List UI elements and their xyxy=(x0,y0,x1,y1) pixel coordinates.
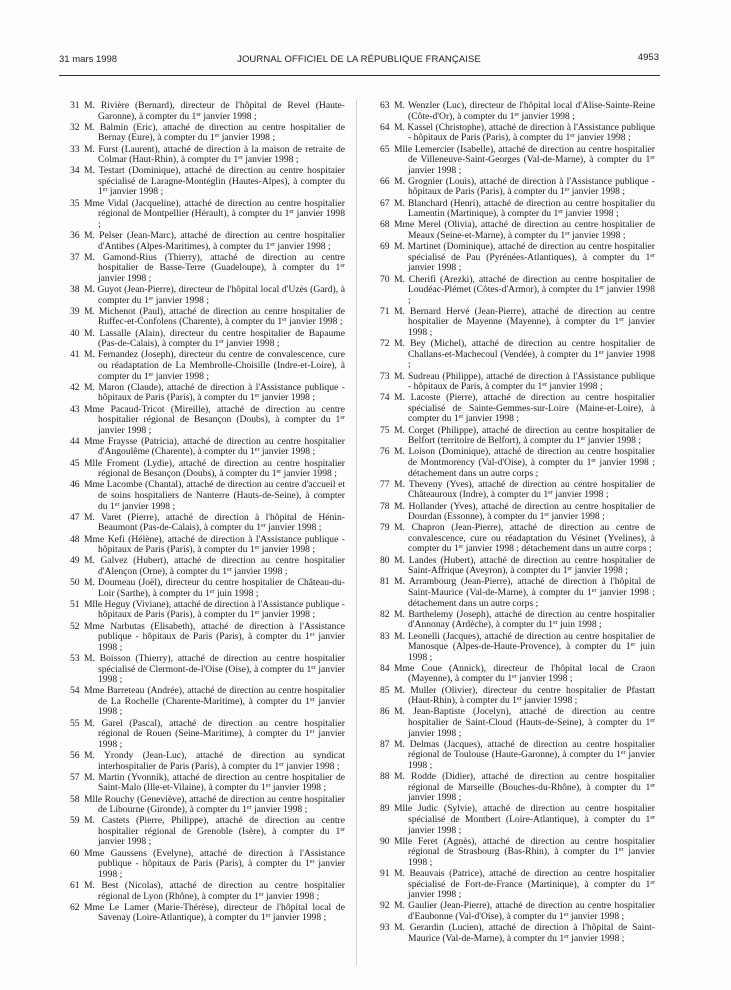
entry-number: 89 xyxy=(380,804,394,815)
entry-text: M. Landes (Hubert), attaché de direction… xyxy=(394,555,655,577)
appointment-entry: 36M. Pelser (Jean-Marc), attaché de dire… xyxy=(62,231,345,252)
appointment-entry: 90Mlle Feret (Agnès), attaché de directi… xyxy=(372,837,655,869)
entry-text: M. Lacoste (Pierre), attaché de directio… xyxy=(394,392,655,424)
entry-text: Mlle Heguy (Viviane), attaché de directi… xyxy=(84,599,345,621)
appointment-entry: 88M. Rodde (Didier), attaché de directio… xyxy=(372,772,655,804)
entry-text: M. Chapron (Jean-Pierre), attaché de dir… xyxy=(394,522,655,554)
entry-text: M. Bey (Michel), attaché de direction au… xyxy=(394,338,655,370)
entry-text: Mme Gaussens (Evelyne), attaché de direc… xyxy=(84,848,345,880)
entry-number: 62 xyxy=(70,903,84,914)
entry-number: 76 xyxy=(380,447,394,458)
appointment-entry: 85M. Muller (Olivier), directeur du cent… xyxy=(372,686,655,707)
entry-number: 37 xyxy=(70,253,84,264)
entry-text: Mme Coue (Annick), directeur de l'hôpita… xyxy=(394,663,655,685)
entry-text: M. Boisson (Thierry), attaché de directi… xyxy=(84,653,345,685)
appointment-entry: 68Mme Merel (Olivia), attaché de directi… xyxy=(372,220,655,241)
entry-number: 51 xyxy=(70,600,84,611)
appointment-entry: 91M. Beauvais (Patrice), attaché de dire… xyxy=(372,869,655,901)
entry-number: 48 xyxy=(70,535,84,546)
appointment-entry: 80M. Landes (Hubert), attaché de directi… xyxy=(372,556,655,577)
appointment-entry: 74M. Lacoste (Pierre), attaché de direct… xyxy=(372,393,655,425)
appointment-entry: 78M. Hollander (Yves), attaché de direct… xyxy=(372,502,655,523)
entry-number: 59 xyxy=(70,816,84,827)
appointment-entry: 52Mme Narbutas (Elisabeth), attaché de d… xyxy=(62,622,345,654)
entry-text: Mme Kefi (Hélène), attaché de direction … xyxy=(84,534,345,556)
appointment-entry: 89Mlle Judic (Sylvie), attaché de direct… xyxy=(372,804,655,836)
appointment-entry: 51Mlle Heguy (Viviane), attaché de direc… xyxy=(62,600,345,621)
appointment-entry: 48Mme Kefi (Hélène), attaché de directio… xyxy=(62,535,345,556)
entry-number: 70 xyxy=(380,275,394,286)
appointment-entry: 66M. Grognier (Louis), attaché de direct… xyxy=(372,177,655,198)
entry-text: M. Lassalle (Alain), directeur du centre… xyxy=(84,328,345,350)
entry-number: 41 xyxy=(70,350,84,361)
entry-number: 74 xyxy=(380,393,394,404)
entry-number: 33 xyxy=(70,145,84,156)
entry-number: 87 xyxy=(380,740,394,751)
appointment-entry: 49M. Galvez (Hubert), attaché de directi… xyxy=(62,556,345,577)
entry-number: 71 xyxy=(380,307,394,318)
appointment-entry: 40M. Lassalle (Alain), directeur du cent… xyxy=(62,329,345,350)
entry-number: 80 xyxy=(380,556,394,567)
entry-text: M. Barthelemy (Joseph), attaché de direc… xyxy=(394,609,655,631)
entry-number: 84 xyxy=(380,664,394,675)
entry-text: M. Guyot (Jean-Pierre), directeur de l'h… xyxy=(84,284,345,306)
appointment-entry: 79M. Chapron (Jean-Pierre), attaché de d… xyxy=(372,523,655,555)
appointment-entry: 84Mme Coue (Annick), directeur de l'hôpi… xyxy=(372,664,655,685)
entry-number: 40 xyxy=(70,329,84,340)
appointment-entry: 87M. Delmas (Jacques), attaché de direct… xyxy=(372,740,655,772)
entry-number: 75 xyxy=(380,426,394,437)
entry-text: Mlle Feret (Agnès), attaché de direction… xyxy=(394,836,655,868)
appointment-entry: 41M. Fernandez (Joseph), directeur du ce… xyxy=(62,350,345,382)
entry-number: 68 xyxy=(380,220,394,231)
appointment-entry: 34M. Testart (Dominique), attaché de dir… xyxy=(62,166,345,198)
entry-text: Mme Fraysse (Patricia), attaché de direc… xyxy=(84,436,345,458)
entry-text: Mme Pacaud-Tricot (Mireille), attaché de… xyxy=(84,404,345,436)
entry-number: 93 xyxy=(380,923,394,934)
entry-text: M. Kassel (Christophe), attaché de direc… xyxy=(394,122,655,144)
entry-text: M. Blanchard (Henri), attaché de directi… xyxy=(394,198,655,220)
entry-text: M. Muller (Olivier), directeur du centre… xyxy=(394,685,655,707)
appointment-entry: 58Mlle Rouchy (Geneviève), attaché de di… xyxy=(62,795,345,816)
appointment-entry: 73M. Sudreau (Philippe), attaché de dire… xyxy=(372,372,655,393)
entry-number: 64 xyxy=(380,123,394,134)
entry-text: M. Wenzler (Luc), directeur de l'hôpital… xyxy=(394,100,655,122)
entry-text: M. Leonelli (Jacques), attaché de direct… xyxy=(394,631,655,663)
entry-number: 61 xyxy=(70,881,84,892)
appointment-entry: 93M. Gerardin (Lucien), attaché de direc… xyxy=(372,923,655,944)
entry-text: M. Balmin (Eric), attaché de direction a… xyxy=(84,122,345,144)
entry-text: M. Best (Nicolas), attaché de direction … xyxy=(84,880,345,902)
entry-number: 38 xyxy=(70,285,84,296)
appointment-entry: 92M. Gaulier (Jean-Pierre), attaché de d… xyxy=(372,901,655,922)
entry-text: Mlle Lemercier (Isabelle), attaché de di… xyxy=(394,144,655,176)
right-column: 63M. Wenzler (Luc), directeur de l'hôpit… xyxy=(372,101,655,945)
appointment-entry: 55M. Garel (Pascal), attaché de directio… xyxy=(62,719,345,751)
page-number: 4953 xyxy=(638,52,659,63)
entry-number: 47 xyxy=(70,513,84,524)
entry-number: 72 xyxy=(380,339,394,350)
entry-number: 53 xyxy=(70,654,84,665)
appointment-entry: 33M. Furst (Laurent), attaché de directi… xyxy=(62,145,345,166)
appointment-entry: 77M. Theveny (Yves), attaché de directio… xyxy=(372,480,655,501)
appointment-entry: 75M. Corget (Philippe), attaché de direc… xyxy=(372,426,655,447)
entry-text: Mlle Froment (Lydie), attaché de directi… xyxy=(84,458,345,480)
entry-text: Mme Narbutas (Elisabeth), attaché de dir… xyxy=(84,621,345,653)
entry-number: 78 xyxy=(380,502,394,513)
entry-number: 42 xyxy=(70,383,84,394)
appointment-entry: 47M. Varet (Pierre), attaché de directio… xyxy=(62,513,345,534)
entry-number: 66 xyxy=(380,177,394,188)
appointment-entry: 35Mme Vidal (Jacqueline), attaché de dir… xyxy=(62,199,345,231)
entry-number: 36 xyxy=(70,231,84,242)
entry-text: M. Gerardin (Lucien), attaché de directi… xyxy=(394,922,655,944)
entry-number: 44 xyxy=(70,437,84,448)
appointment-entry: 86M. Jean-Baptiste (Jocelyn), attaché de… xyxy=(372,707,655,739)
appointment-entry: 67M. Blanchard (Henri), attaché de direc… xyxy=(372,199,655,220)
appointment-entry: 39M. Michenot (Paul), attaché de directi… xyxy=(62,307,345,328)
entry-number: 77 xyxy=(380,480,394,491)
appointment-entry: 82M. Barthelemy (Joseph), attaché de dir… xyxy=(372,610,655,631)
appointment-entry: 76M. Loison (Dominique), attaché de dire… xyxy=(372,447,655,479)
entry-text: M. Bernard Hervé (Jean-Pierre), attaché … xyxy=(394,306,655,338)
left-column: 31M. Rivière (Bernard), directeur de l'h… xyxy=(62,101,345,925)
column-divider xyxy=(356,100,357,965)
appointment-entry: 44Mme Fraysse (Patricia), attaché de dir… xyxy=(62,437,345,458)
entry-text: M. Rivière (Bernard), directeur de l'hôp… xyxy=(84,100,345,122)
entry-number: 90 xyxy=(380,837,394,848)
entry-number: 54 xyxy=(70,686,84,697)
entry-number: 85 xyxy=(380,686,394,697)
appointment-entry: 57M. Martin (Yvonnik), attaché de direct… xyxy=(62,773,345,794)
entry-text: M. Castets (Pierre, Philippe), attaché d… xyxy=(84,815,345,847)
page-header: 31 mars 1998 JOURNAL OFFICIEL DE LA RÉPU… xyxy=(59,54,659,70)
appointment-entry: 56M. Yrondy (Jean-Luc), attaché de direc… xyxy=(62,751,345,772)
appointment-entry: 32M. Balmin (Eric), attaché de direction… xyxy=(62,123,345,144)
entry-text: M. Fernandez (Joseph), directeur du cent… xyxy=(84,349,345,381)
entry-number: 35 xyxy=(70,199,84,210)
entry-number: 67 xyxy=(380,199,394,210)
entry-text: M. Martinet (Dominique), attaché de dire… xyxy=(394,241,655,273)
appointment-entry: 69M. Martinet (Dominique), attaché de di… xyxy=(372,242,655,274)
entry-text: Mme Lacombe (Chantal), attaché de direct… xyxy=(84,479,345,511)
entry-number: 52 xyxy=(70,622,84,633)
appointment-entry: 45Mlle Froment (Lydie), attaché de direc… xyxy=(62,459,345,480)
entry-number: 39 xyxy=(70,307,84,318)
entry-text: Mme Merel (Olivia), attaché de direction… xyxy=(394,219,655,241)
appointment-entry: 81M. Arrambourg (Jean-Pierre), attaché d… xyxy=(372,577,655,609)
entry-text: M. Martin (Yvonnik), attaché de directio… xyxy=(84,772,345,794)
entry-text: M. Sudreau (Philippe), attaché de direct… xyxy=(394,371,655,393)
appointment-entry: 38M. Guyot (Jean-Pierre), directeur de l… xyxy=(62,285,345,306)
entry-text: M. Pelser (Jean-Marc), attaché de direct… xyxy=(84,230,345,252)
entry-text: M. Testart (Dominique), attaché de direc… xyxy=(84,165,345,197)
appointment-entry: 83M. Leonelli (Jacques), attaché de dire… xyxy=(372,632,655,664)
entry-text: M. Galvez (Hubert), attaché de direction… xyxy=(84,555,345,577)
entry-number: 50 xyxy=(70,578,84,589)
appointment-entry: 72M. Bey (Michel), attaché de direction … xyxy=(372,339,655,371)
entry-text: M. Hollander (Yves), attaché de directio… xyxy=(394,501,655,523)
entry-text: Mme Barreteau (Andrée), attaché de direc… xyxy=(84,685,345,717)
entry-text: M. Garel (Pascal), attaché de direction … xyxy=(84,718,345,750)
appointment-entry: 37M. Gamond-Rius (Thierry), attaché de d… xyxy=(62,253,345,285)
appointment-entry: 54Mme Barreteau (Andrée), attaché de dir… xyxy=(62,686,345,718)
entry-number: 58 xyxy=(70,795,84,806)
entry-text: M. Gaulier (Jean-Pierre), attaché de dir… xyxy=(394,900,655,922)
entry-number: 91 xyxy=(380,869,394,880)
entry-number: 55 xyxy=(70,719,84,730)
entry-number: 56 xyxy=(70,751,84,762)
entry-text: M. Delmas (Jacques), attaché de directio… xyxy=(394,739,655,771)
entry-text: Mme Vidal (Jacqueline), attaché de direc… xyxy=(84,198,345,230)
entry-number: 83 xyxy=(380,632,394,643)
appointment-entry: 60Mme Gaussens (Evelyne), attaché de dir… xyxy=(62,849,345,881)
entry-number: 60 xyxy=(70,849,84,860)
appointment-entry: 64M. Kassel (Christophe), attaché de dir… xyxy=(372,123,655,144)
appointment-entry: 63M. Wenzler (Luc), directeur de l'hôpit… xyxy=(372,101,655,122)
appointment-entry: 62Mme Le Lamer (Marie-Thérèse), directeu… xyxy=(62,903,345,924)
appointment-entry: 61M. Best (Nicolas), attaché de directio… xyxy=(62,881,345,902)
appointment-entry: 43Mme Pacaud-Tricot (Mireille), attaché … xyxy=(62,405,345,437)
entry-text: Mme Le Lamer (Marie-Thérèse), directeur … xyxy=(84,902,345,924)
appointment-entry: 59M. Castets (Pierre, Philippe), attaché… xyxy=(62,816,345,848)
entry-text: M. Doumeau (Joël), directeur du centre h… xyxy=(84,577,345,599)
appointment-entry: 71M. Bernard Hervé (Jean-Pierre), attach… xyxy=(372,307,655,339)
entry-text: Mlle Rouchy (Geneviève), attaché de dire… xyxy=(84,794,345,816)
appointment-entry: 31M. Rivière (Bernard), directeur de l'h… xyxy=(62,101,345,122)
entry-text: Mlle Judic (Sylvie), attaché de directio… xyxy=(394,803,655,835)
entry-text: M. Grognier (Louis), attaché de directio… xyxy=(394,176,655,198)
entry-text: M. Maron (Claude), attaché de direction … xyxy=(84,382,345,404)
entry-text: M. Jean-Baptiste (Jocelyn), attaché de d… xyxy=(394,706,655,738)
appointment-entry: 65Mlle Lemercier (Isabelle), attaché de … xyxy=(372,145,655,177)
journal-title: JOURNAL OFFICIEL DE LA RÉPUBLIQUE FRANÇA… xyxy=(59,54,659,65)
entry-number: 81 xyxy=(380,577,394,588)
entry-text: M. Varet (Pierre), attaché de direction … xyxy=(84,512,345,534)
appointment-entry: 50M. Doumeau (Joël), directeur du centre… xyxy=(62,578,345,599)
entry-text: M. Gamond-Rius (Thierry), attaché de dir… xyxy=(84,252,345,284)
entry-text: M. Furst (Laurent), attaché de direction… xyxy=(84,144,345,166)
entry-number: 82 xyxy=(380,610,394,621)
entry-number: 32 xyxy=(70,123,84,134)
entry-text: M. Corget (Philippe), attaché de directi… xyxy=(394,425,655,447)
entry-number: 88 xyxy=(380,772,394,783)
entry-number: 79 xyxy=(380,523,394,534)
entry-text: M. Michenot (Paul), attaché de direction… xyxy=(84,306,345,328)
appointment-entry: 46Mme Lacombe (Chantal), attaché de dire… xyxy=(62,480,345,512)
entry-number: 86 xyxy=(380,707,394,718)
appointment-entry: 53M. Boisson (Thierry), attaché de direc… xyxy=(62,654,345,686)
entry-text: M. Loison (Dominique), attaché de direct… xyxy=(394,446,655,478)
entry-number: 69 xyxy=(380,242,394,253)
entry-number: 73 xyxy=(380,372,394,383)
entry-number: 57 xyxy=(70,773,84,784)
entry-text: M. Cherifi (Arezki), attaché de directio… xyxy=(394,274,655,306)
entry-number: 65 xyxy=(380,145,394,156)
appointment-entry: 42M. Maron (Claude), attaché de directio… xyxy=(62,383,345,404)
entry-number: 43 xyxy=(70,405,84,416)
entry-number: 34 xyxy=(70,166,84,177)
entry-text: M. Beauvais (Patrice), attaché de direct… xyxy=(394,868,655,900)
entry-number: 46 xyxy=(70,480,84,491)
entry-number: 63 xyxy=(380,101,394,112)
entry-number: 49 xyxy=(70,556,84,567)
entry-text: M. Yrondy (Jean-Luc), attaché de directi… xyxy=(84,750,345,772)
entry-number: 31 xyxy=(70,101,84,112)
entry-number: 92 xyxy=(380,901,394,912)
appointment-entry: 70M. Cherifi (Arezki), attaché de direct… xyxy=(372,275,655,307)
entry-text: M. Rodde (Didier), attaché de direction … xyxy=(394,771,655,803)
entry-number: 45 xyxy=(70,459,84,470)
entry-text: M. Theveny (Yves), attaché de direction … xyxy=(394,479,655,501)
entry-text: M. Arrambourg (Jean-Pierre), attaché de … xyxy=(394,576,655,608)
header-rule xyxy=(59,75,660,76)
